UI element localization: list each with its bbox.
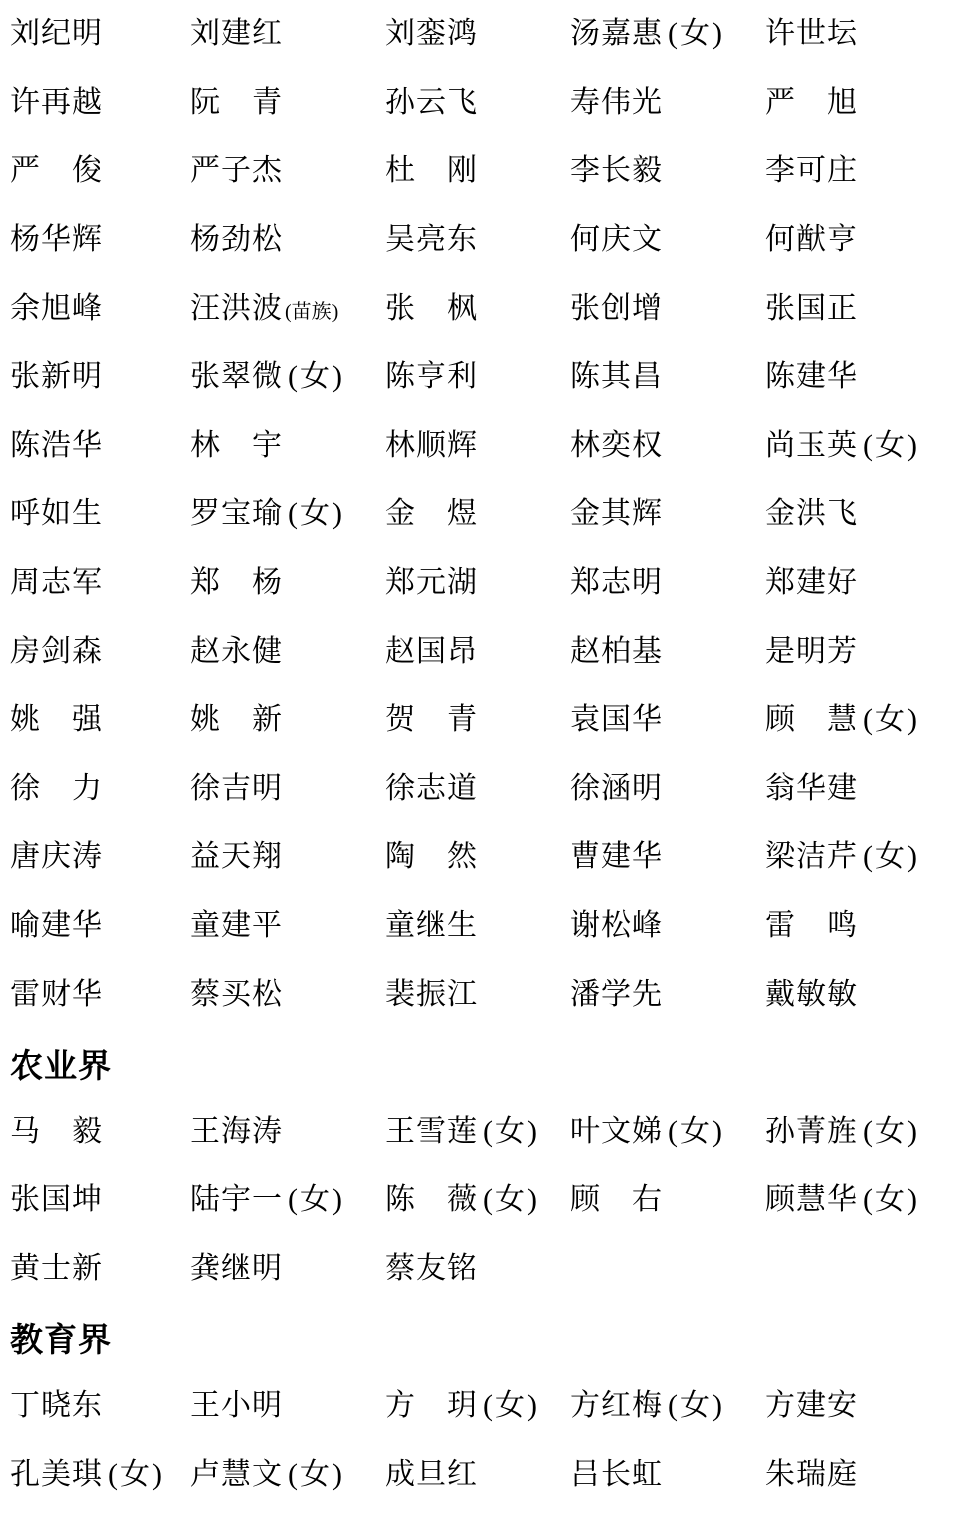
member-cell: 方红梅(女) — [570, 1391, 765, 1421]
member-cell: 王海涛 — [190, 1117, 385, 1147]
member-cell: 卢慧文(女) — [190, 1460, 385, 1490]
member-cell: 杨劲松 — [190, 225, 385, 255]
member-name: 孙菁旌 — [765, 1115, 858, 1148]
member-name: 袁国华 — [570, 703, 663, 736]
member-name: 寿伟光 — [570, 86, 663, 119]
member-cell: 余旭峰 — [10, 294, 190, 324]
member-cell: 孔美琪(女) — [10, 1460, 190, 1490]
member-cell: 林顺辉 — [385, 431, 570, 461]
member-cell: 陈建华 — [765, 362, 980, 392]
member-cell: 马 毅 — [10, 1117, 190, 1147]
member-cell: 雷 鸣 — [765, 911, 980, 941]
member-cell: 叶文娣(女) — [570, 1117, 765, 1147]
member-cell: 徐涵明 — [570, 774, 765, 804]
member-name: 戴敏敏 — [765, 978, 858, 1011]
member-name: 马 毅 — [10, 1115, 103, 1148]
member-cell: 房剑森 — [10, 637, 190, 667]
member-cell: 李长毅 — [570, 156, 765, 186]
member-cell: 曹建华 — [570, 842, 765, 872]
member-name: 郑 杨 — [190, 566, 283, 599]
member-name: 尚玉英 — [765, 429, 858, 462]
name-row: 严 俊严子杰杜 刚李长毅李可庄 — [10, 137, 980, 206]
member-name: 杨劲松 — [190, 223, 283, 256]
member-name: 陆宇一 — [190, 1183, 283, 1216]
member-cell: 严 旭 — [765, 88, 980, 118]
member-cell: 张新明 — [10, 362, 190, 392]
gender-note: (女) — [668, 17, 724, 50]
member-name: 房剑森 — [10, 635, 103, 668]
member-cell: 郑 杨 — [190, 568, 385, 598]
member-name: 童建平 — [190, 909, 283, 942]
member-cell: 刘銮鸿 — [385, 19, 570, 49]
member-name: 贺 青 — [385, 703, 478, 736]
member-cell: 蔡友铭 — [385, 1254, 570, 1284]
gender-note: (女) — [483, 1389, 539, 1422]
member-name: 金洪飞 — [765, 497, 858, 530]
member-name: 陈其昌 — [570, 360, 663, 393]
member-name: 蔡友铭 — [385, 1252, 478, 1285]
member-name: 陶 然 — [385, 840, 478, 873]
member-name: 曹建华 — [570, 840, 663, 873]
section-header: 农业界 — [10, 1040, 112, 1087]
member-name: 喻建华 — [10, 909, 103, 942]
member-name: 是明芳 — [765, 635, 858, 668]
member-cell: 徐吉明 — [190, 774, 385, 804]
member-name: 郑志明 — [570, 566, 663, 599]
member-name: 益天翔 — [190, 840, 283, 873]
member-cell: 孙菁旌(女) — [765, 1117, 980, 1147]
member-cell: 罗宝瑜(女) — [190, 499, 385, 529]
member-cell: 王小明 — [190, 1391, 385, 1421]
gender-note: (女) — [863, 703, 919, 736]
member-cell: 徐志道 — [385, 774, 570, 804]
member-cell: 汤嘉惠(女) — [570, 19, 765, 49]
member-name: 吴亮东 — [385, 223, 478, 256]
name-row: 雷财华蔡买松裴振江潘学先戴敏敏 — [10, 960, 980, 1029]
member-name: 郑元湖 — [385, 566, 478, 599]
member-name: 刘建红 — [190, 17, 283, 50]
gender-note: (女) — [288, 360, 344, 393]
member-name: 张 枫 — [385, 292, 478, 325]
member-name: 潘学先 — [570, 978, 663, 1011]
member-cell: 林奕权 — [570, 431, 765, 461]
member-cell: 孙云飞 — [385, 88, 570, 118]
name-row: 徐 力徐吉明徐志道徐涵明翁华建 — [10, 755, 980, 824]
section-header: 教育界 — [10, 1314, 112, 1361]
name-list-document: 刘纪明刘建红刘銮鸿汤嘉惠(女)许世坛许再越阮 青孙云飞寿伟光严 旭严 俊严子杰杜… — [0, 0, 980, 1509]
name-row: 马 毅王海涛王雪莲(女)叶文娣(女)孙菁旌(女) — [10, 1098, 980, 1167]
member-cell: 唐庆涛 — [10, 842, 190, 872]
member-cell: 陈 薇(女) — [385, 1185, 570, 1215]
member-cell: 成旦红 — [385, 1460, 570, 1490]
member-cell: 张创增 — [570, 294, 765, 324]
member-name: 方 玥 — [385, 1389, 478, 1422]
member-cell: 贺 青 — [385, 705, 570, 735]
member-cell: 陆宇一(女) — [190, 1185, 385, 1215]
member-cell: 姚 新 — [190, 705, 385, 735]
member-name: 严子杰 — [190, 154, 283, 187]
member-name: 张创增 — [570, 292, 663, 325]
name-row: 姚 强姚 新贺 青袁国华顾 慧(女) — [10, 686, 980, 755]
member-name: 赵永健 — [190, 635, 283, 668]
member-name: 金其辉 — [570, 497, 663, 530]
name-row: 张国坤陆宇一(女)陈 薇(女)顾 右顾慧华(女) — [10, 1166, 980, 1235]
gender-note: (女) — [108, 1458, 164, 1491]
member-name: 谢松峰 — [570, 909, 663, 942]
name-row: 陈浩华林 宇林顺辉林奕权尚玉英(女) — [10, 412, 980, 481]
member-name: 王雪莲 — [385, 1115, 478, 1148]
member-name: 吕长虹 — [570, 1458, 663, 1491]
member-name: 雷 鸣 — [765, 909, 858, 942]
member-name: 唐庆涛 — [10, 840, 103, 873]
member-cell: 陈亨利 — [385, 362, 570, 392]
member-cell: 张翠微(女) — [190, 362, 385, 392]
member-name: 林奕权 — [570, 429, 663, 462]
member-name: 何猷亨 — [765, 223, 858, 256]
member-cell: 刘建红 — [190, 19, 385, 49]
member-name: 孔美琪 — [10, 1458, 103, 1491]
member-name: 张国坤 — [10, 1183, 103, 1216]
name-row: 杨华辉杨劲松吴亮东何庆文何猷亨 — [10, 206, 980, 275]
gender-note: (女) — [288, 1458, 344, 1491]
member-name: 朱瑞庭 — [765, 1458, 858, 1491]
name-row: 许再越阮 青孙云飞寿伟光严 旭 — [10, 69, 980, 138]
member-name: 翁华建 — [765, 772, 858, 805]
name-row: 孔美琪(女)卢慧文(女)成旦红吕长虹朱瑞庭 — [10, 1440, 980, 1509]
member-cell: 潘学先 — [570, 980, 765, 1010]
name-row: 张新明张翠微(女)陈亨利陈其昌陈建华 — [10, 343, 980, 412]
member-cell: 喻建华 — [10, 911, 190, 941]
member-cell: 李可庄 — [765, 156, 980, 186]
member-cell: 益天翔 — [190, 842, 385, 872]
member-name: 姚 强 — [10, 703, 103, 736]
member-cell: 许世坛 — [765, 19, 980, 49]
member-name: 阮 青 — [190, 86, 283, 119]
member-cell: 严子杰 — [190, 156, 385, 186]
member-cell: 杨华辉 — [10, 225, 190, 255]
member-cell: 是明芳 — [765, 637, 980, 667]
member-name: 王海涛 — [190, 1115, 283, 1148]
member-cell: 陈浩华 — [10, 431, 190, 461]
gender-note: (女) — [668, 1389, 724, 1422]
member-cell: 姚 强 — [10, 705, 190, 735]
member-cell: 雷财华 — [10, 980, 190, 1010]
member-name: 龚继明 — [190, 1252, 283, 1285]
member-name: 陈建华 — [765, 360, 858, 393]
member-name: 徐涵明 — [570, 772, 663, 805]
member-name: 徐志道 — [385, 772, 478, 805]
member-cell: 蔡买松 — [190, 980, 385, 1010]
member-name: 汤嘉惠 — [570, 17, 663, 50]
member-name: 蔡买松 — [190, 978, 283, 1011]
member-cell: 陈其昌 — [570, 362, 765, 392]
member-name: 丁晓东 — [10, 1389, 103, 1422]
member-name: 方红梅 — [570, 1389, 663, 1422]
member-cell: 谢松峰 — [570, 911, 765, 941]
member-cell: 顾慧华(女) — [765, 1185, 980, 1215]
member-cell: 袁国华 — [570, 705, 765, 735]
member-name: 徐吉明 — [190, 772, 283, 805]
gender-note: (女) — [863, 1183, 919, 1216]
member-cell: 杜 刚 — [385, 156, 570, 186]
member-cell: 阮 青 — [190, 88, 385, 118]
member-name: 刘銮鸿 — [385, 17, 478, 50]
member-cell: 周志军 — [10, 568, 190, 598]
member-cell: 尚玉英(女) — [765, 431, 980, 461]
member-cell: 张国正 — [765, 294, 980, 324]
member-cell: 陶 然 — [385, 842, 570, 872]
member-name: 余旭峰 — [10, 292, 103, 325]
member-cell: 郑志明 — [570, 568, 765, 598]
member-name: 叶文娣 — [570, 1115, 663, 1148]
member-cell: 郑元湖 — [385, 568, 570, 598]
member-name: 卢慧文 — [190, 1458, 283, 1491]
member-name: 姚 新 — [190, 703, 283, 736]
gender-note: (女) — [863, 429, 919, 462]
member-cell: 赵国昂 — [385, 637, 570, 667]
name-row: 黄士新龚继明蔡友铭 — [10, 1235, 980, 1304]
member-name: 杜 刚 — [385, 154, 478, 187]
member-name: 罗宝瑜 — [190, 497, 283, 530]
member-name: 成旦红 — [385, 1458, 478, 1491]
gender-note: (女) — [288, 497, 344, 530]
gender-note: (女) — [863, 840, 919, 873]
name-row: 喻建华童建平童继生谢松峰雷 鸣 — [10, 892, 980, 961]
member-cell: 梁洁芹(女) — [765, 842, 980, 872]
member-name: 赵国昂 — [385, 635, 478, 668]
member-name: 梁洁芹 — [765, 840, 858, 873]
member-name: 黄士新 — [10, 1252, 103, 1285]
member-name-list-page: 刘纪明刘建红刘銮鸿汤嘉惠(女)许世坛许再越阮 青孙云飞寿伟光严 旭严 俊严子杰杜… — [0, 0, 980, 1520]
member-name: 林顺辉 — [385, 429, 478, 462]
member-name: 张国正 — [765, 292, 858, 325]
member-cell: 徐 力 — [10, 774, 190, 804]
member-name: 顾慧华 — [765, 1183, 858, 1216]
member-cell: 丁晓东 — [10, 1391, 190, 1421]
member-cell: 朱瑞庭 — [765, 1460, 980, 1490]
member-name: 严 俊 — [10, 154, 103, 187]
member-name: 童继生 — [385, 909, 478, 942]
name-row: 刘纪明刘建红刘銮鸿汤嘉惠(女)许世坛 — [10, 0, 980, 69]
member-cell: 呼如生 — [10, 499, 190, 529]
member-name: 陈浩华 — [10, 429, 103, 462]
member-name: 赵柏基 — [570, 635, 663, 668]
member-cell: 童继生 — [385, 911, 570, 941]
gender-note: (女) — [483, 1115, 539, 1148]
member-cell: 赵永健 — [190, 637, 385, 667]
member-name: 陈 薇 — [385, 1183, 478, 1216]
gender-note: (女) — [863, 1115, 919, 1148]
name-row: 呼如生罗宝瑜(女)金 煜金其辉金洪飞 — [10, 480, 980, 549]
member-cell: 金其辉 — [570, 499, 765, 529]
section-header-line: 农业界 — [10, 1029, 980, 1098]
member-name: 裴振江 — [385, 978, 478, 1011]
member-cell: 童建平 — [190, 911, 385, 941]
member-cell: 顾 慧(女) — [765, 705, 980, 735]
member-cell: 裴振江 — [385, 980, 570, 1010]
member-name: 张新明 — [10, 360, 103, 393]
member-name: 呼如生 — [10, 497, 103, 530]
member-cell: 林 宇 — [190, 431, 385, 461]
member-name: 何庆文 — [570, 223, 663, 256]
member-cell: 顾 右 — [570, 1185, 765, 1215]
member-name: 严 旭 — [765, 86, 858, 119]
member-cell: 戴敏敏 — [765, 980, 980, 1010]
member-name: 李长毅 — [570, 154, 663, 187]
member-cell: 王雪莲(女) — [385, 1117, 570, 1147]
member-cell: 吴亮东 — [385, 225, 570, 255]
member-name: 顾 慧 — [765, 703, 858, 736]
name-row: 周志军郑 杨郑元湖郑志明郑建好 — [10, 549, 980, 618]
member-cell: 张国坤 — [10, 1185, 190, 1215]
member-name: 顾 右 — [570, 1183, 663, 1216]
member-cell: 龚继明 — [190, 1254, 385, 1284]
member-name: 方建安 — [765, 1389, 858, 1422]
member-name: 许世坛 — [765, 17, 858, 50]
member-name: 林 宇 — [190, 429, 283, 462]
gender-note: (女) — [288, 1183, 344, 1216]
member-name: 孙云飞 — [385, 86, 478, 119]
member-cell: 黄士新 — [10, 1254, 190, 1284]
name-row: 唐庆涛益天翔陶 然曹建华梁洁芹(女) — [10, 823, 980, 892]
member-name: 李可庄 — [765, 154, 858, 187]
member-cell: 翁华建 — [765, 774, 980, 804]
member-name: 郑建好 — [765, 566, 858, 599]
ethnic-note: (苗族) — [285, 301, 338, 323]
name-row: 房剑森赵永健赵国昂赵柏基是明芳 — [10, 617, 980, 686]
member-cell: 何猷亨 — [765, 225, 980, 255]
member-cell: 金 煜 — [385, 499, 570, 529]
member-name: 刘纪明 — [10, 17, 103, 50]
member-name: 陈亨利 — [385, 360, 478, 393]
member-cell: 方建安 — [765, 1391, 980, 1421]
member-name: 许再越 — [10, 86, 103, 119]
name-row: 丁晓东王小明方 玥(女)方红梅(女)方建安 — [10, 1372, 980, 1441]
member-name: 雷财华 — [10, 978, 103, 1011]
name-row: 余旭峰汪洪波(苗族)张 枫张创增张国正 — [10, 274, 980, 343]
member-name: 汪洪波 — [190, 292, 283, 325]
member-name: 徐 力 — [10, 772, 103, 805]
member-cell: 郑建好 — [765, 568, 980, 598]
member-cell: 寿伟光 — [570, 88, 765, 118]
member-cell: 方 玥(女) — [385, 1391, 570, 1421]
member-name: 张翠微 — [190, 360, 283, 393]
member-name: 王小明 — [190, 1389, 283, 1422]
section-header-line: 教育界 — [10, 1303, 980, 1372]
member-cell: 金洪飞 — [765, 499, 980, 529]
member-cell: 吕长虹 — [570, 1460, 765, 1490]
member-cell: 汪洪波(苗族) — [190, 294, 385, 324]
gender-note: (女) — [483, 1183, 539, 1216]
member-cell: 何庆文 — [570, 225, 765, 255]
gender-note: (女) — [668, 1115, 724, 1148]
member-cell: 许再越 — [10, 88, 190, 118]
member-cell: 张 枫 — [385, 294, 570, 324]
member-name: 周志军 — [10, 566, 103, 599]
member-name: 杨华辉 — [10, 223, 103, 256]
member-cell: 严 俊 — [10, 156, 190, 186]
member-cell: 刘纪明 — [10, 19, 190, 49]
member-name: 金 煜 — [385, 497, 478, 530]
member-cell: 赵柏基 — [570, 637, 765, 667]
